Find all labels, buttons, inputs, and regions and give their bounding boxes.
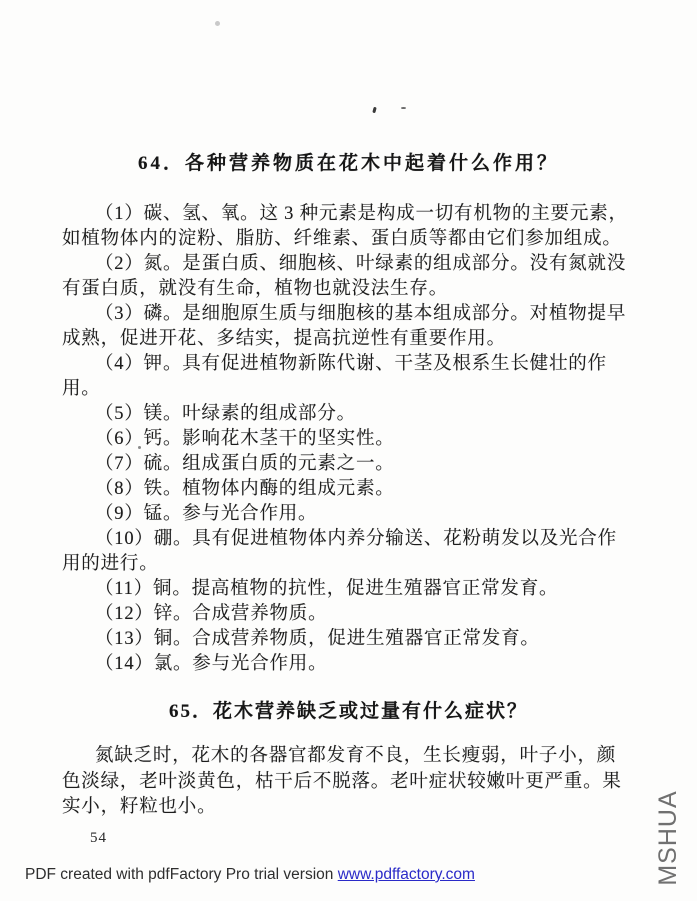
text-line: （4）钾。具有促进植物新陈代谢、干茎及根系生长健壮的作 — [62, 352, 640, 377]
question-64-heading: 64．各种营养物质在花木中起着什么作用？ — [0, 148, 697, 175]
text-line: （13）铜。合成营养物质，促进生殖器官正常发育。 — [62, 627, 640, 652]
text-line: 实小，籽粒也小。 — [62, 795, 640, 821]
text-line: （12）锌。合成营养物质。 — [62, 602, 640, 627]
text-line: （7）硫。组成蛋白质的元素之一。 — [62, 452, 640, 477]
text-line: 成熟，促进开花、多结实，提高抗逆性有重要作用。 — [62, 327, 640, 352]
scan-speck — [215, 21, 220, 26]
text-line: （8）铁。植物体内酶的组成元素。 — [62, 477, 640, 502]
text-line: （3）磷。是细胞原生质与细胞核的基本组成部分。对植物提早 — [62, 302, 640, 327]
mshua-watermark: MSHUA — [654, 788, 680, 888]
question-65-heading: 65．花木营养缺乏或过量有什么症状？ — [0, 696, 697, 723]
text-line: 氮缺乏时，花木的各器官都发育不良，生长瘦弱，叶子小，颜 — [62, 744, 640, 770]
text-line: 用的进行。 — [62, 552, 640, 577]
text-line: （14）氯。参与光合作用。 — [62, 652, 640, 677]
text-line: （6）钙。影响花木茎干的坚实性。 — [62, 427, 640, 452]
text-line: （1）碳、氢、氧。这 3 种元素是构成一切有机物的主要元素， — [62, 202, 640, 227]
text-line: （10）硼。具有促进植物体内养分输送、花粉萌发以及光合作 — [62, 527, 640, 552]
question-64-body: （1）碳、氢、氧。这 3 种元素是构成一切有机物的主要元素，如植物体内的淀粉、脂… — [62, 202, 640, 677]
question-65-body: 氮缺乏时，花木的各器官都发育不良，生长瘦弱，叶子小，颜色淡绿，老叶淡黄色，枯干后… — [62, 744, 640, 821]
scan-speck — [401, 107, 406, 109]
text-line: 色淡绿，老叶淡黄色，枯干后不脱落。老叶症状较嫩叶更严重。果 — [62, 770, 640, 796]
footer-text: PDF created with pdfFactory Pro trial ve… — [25, 866, 338, 883]
pdffactory-footer: PDF created with pdfFactory Pro trial ve… — [25, 866, 475, 884]
text-line: （11）铜。提高植物的抗性，促进生殖器官正常发育。 — [62, 577, 640, 602]
text-line: 用。 — [62, 377, 640, 402]
text-line: 如植物体内的淀粉、脂肪、纤维素、蛋白质等都由它们参加组成。 — [62, 227, 640, 252]
scanned-document-page: 64．各种营养物质在花木中起着什么作用？ （1）碳、氢、氧。这 3 种元素是构成… — [0, 0, 697, 901]
scan-speck — [372, 107, 376, 114]
text-line: （5）镁。叶绿素的组成部分。 — [62, 402, 640, 427]
text-line: 有蛋白质，就没有生命，植物也就没法生存。 — [62, 277, 640, 302]
text-line: （9）锰。参与光合作用。 — [62, 502, 640, 527]
text-line: （2）氮。是蛋白质、细胞核、叶绿素的组成部分。没有氮就没 — [62, 252, 640, 277]
pdffactory-link[interactable]: www.pdffactory.com — [338, 866, 475, 883]
page-number: 54 — [90, 830, 107, 847]
